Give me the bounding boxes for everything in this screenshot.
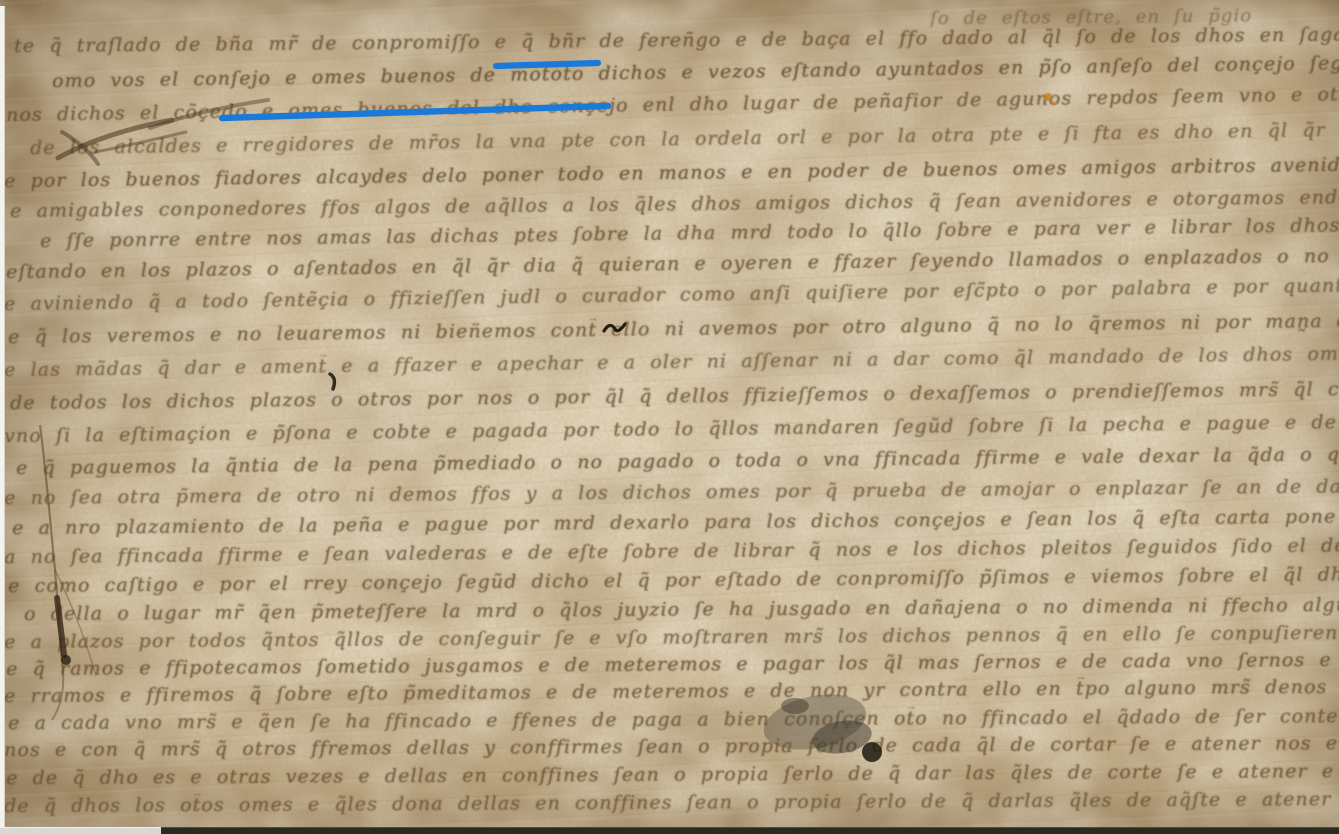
manuscript-text-line: e a plazos por todos q̃ntos q̃llos de co… — [4, 622, 1339, 653]
manuscript-text-line: de los alcaldes e rregidores de mr̃os la… — [30, 119, 1339, 159]
manuscript-text-layer: ſo de eſtos eſtre, en ſu p̃giote q̃ traſ… — [0, 0, 1339, 827]
manuscript-text-line: e q̃ ramos e ffipotecamos ſometido jusga… — [6, 649, 1339, 680]
manuscript-text-line: e rramos e ffiremos q̃ ſobre eſto p̃medi… — [4, 676, 1339, 707]
manuscript-text-line: e por los buenos fiadores alcaydes delo … — [4, 154, 1339, 192]
manuscript-text-line: e q̃ los veremos e no leuaremos ni bien̈… — [8, 310, 1339, 348]
manuscript-text-line: te q̃ traſlado de bña mr̃ de conpromiſſo… — [14, 23, 1339, 57]
manuscript-scan: ſo de eſtos eſtre, en ſu p̃giote q̃ traſ… — [0, 0, 1339, 834]
manuscript-text-line: e las mãdas q̃ dar e ament̃ e a ffazer e… — [4, 343, 1339, 381]
manuscript-text-line: a no ſea ffincada ffirme e ſean valedera… — [4, 534, 1339, 568]
manuscript-text-line: nos e con q̃ mrs̃ q̃ otros ffremos della… — [4, 732, 1339, 761]
manuscript-text-line: e de q̃ dho es e otras vezes e dellas en… — [6, 760, 1339, 789]
manuscript-text-line: de q̃ dhos los ot̃os omes e q̃les dona d… — [4, 788, 1339, 817]
bottom-scan-bar — [161, 827, 1339, 834]
manuscript-text-line: o della o lugar mr̃ q̃en p̃meteſſere la … — [24, 594, 1339, 625]
bottom-left-strip — [0, 827, 161, 834]
manuscript-text-line: e q̃ paguemos la q̃ntia de la pena p̃med… — [16, 443, 1339, 479]
manuscript-text-line: de todos los dichos plazos o otros por n… — [10, 378, 1339, 414]
manuscript-text-line: e como caſtigo e por el rrey conçejo ſeg… — [8, 563, 1339, 597]
manuscript-text-line: e a nro plazamiento de la peña e pague p… — [12, 505, 1339, 539]
manuscript-text-line: e no ſea otra p̃mera de otro ni demos ff… — [4, 475, 1339, 509]
manuscript-text-line: e a cada vno mrs̃ e q̃en ſe ha ffincado … — [8, 705, 1339, 734]
left-edge-strip — [0, 6, 5, 827]
manuscript-text-line: vno ſi la eſtimaçion e p̃ſona e cobte e … — [4, 411, 1339, 447]
